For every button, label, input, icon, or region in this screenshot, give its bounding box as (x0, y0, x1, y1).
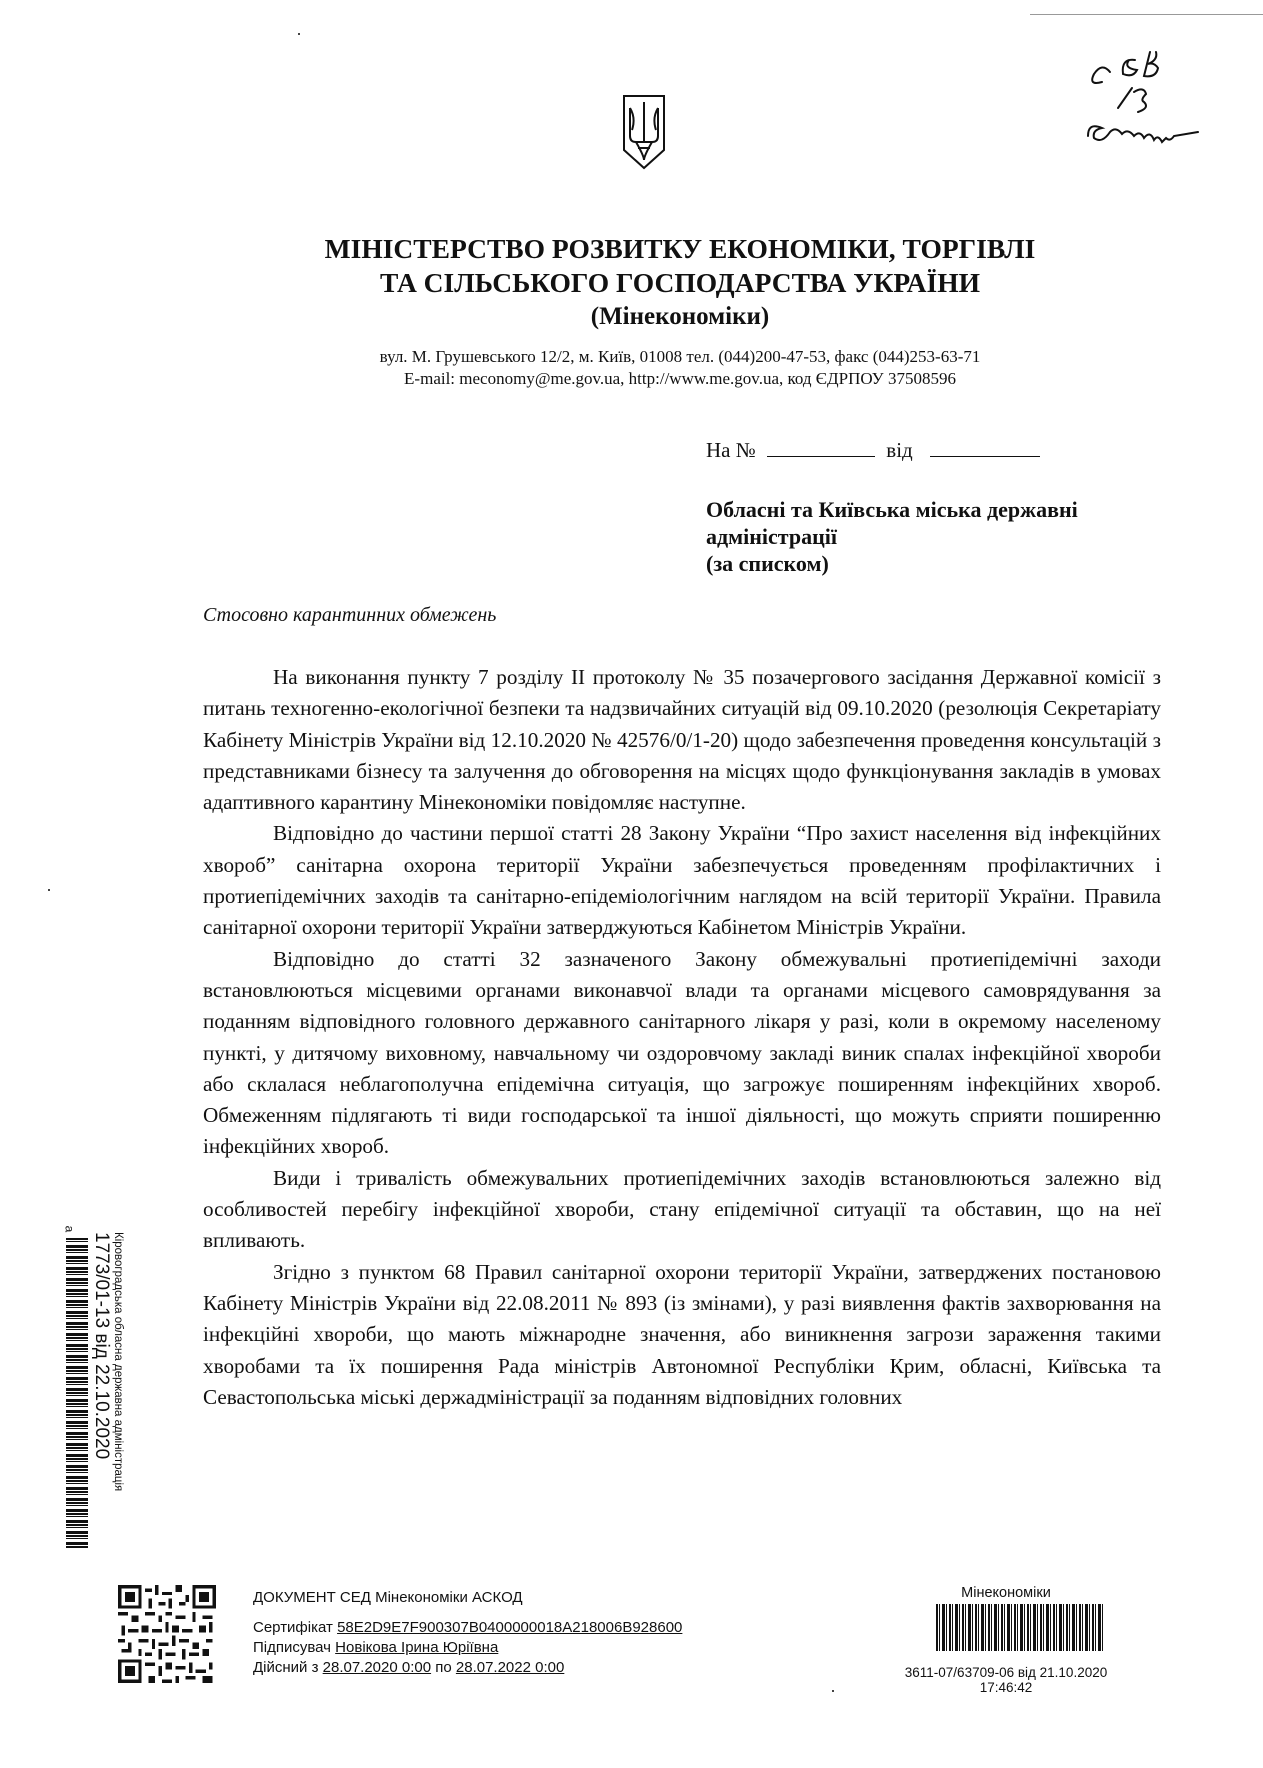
letter-body: На виконання пункту 7 розділу ІІ протоко… (203, 662, 1161, 1413)
electronic-signature-stamp: ДОКУМЕНТ СЕД Мінекономіки АСКОД Сертифік… (253, 1588, 682, 1678)
ministry-email-web: E-mail: meconomy@me.gov.ua, http://www.m… (300, 368, 1060, 390)
valid-from-value: 28.07.2020 0:00 (323, 1659, 431, 1676)
handwritten-resolution: СЕВ (1080, 30, 1230, 150)
ministry-name-line1: МІНІСТЕРСТВО РОЗВИТКУ ЕКОНОМІКИ, ТОРГІВЛ… (300, 232, 1060, 266)
scan-speck (48, 889, 50, 891)
validity-row: Дійсний з 28.07.2020 0:00 по 28.07.2022 … (253, 1658, 682, 1678)
incoming-registration-number: 1773/01-13 від 22.10.2020 (90, 1232, 112, 1491)
scan-edge-line (1030, 14, 1263, 15)
incoming-registration-stamp: Кіровоградська обласна державна адмініст… (90, 1232, 124, 1491)
incoming-organization: Кіровоградська обласна державна адмініст… (112, 1232, 124, 1491)
qr-code (118, 1585, 216, 1683)
reference-number-blank (767, 438, 875, 457)
reference-line: На № від (706, 438, 1040, 463)
scan-speck (832, 1690, 834, 1692)
scan-speck (298, 33, 300, 35)
signer-label: Підписувач (253, 1639, 331, 1656)
outgoing-organization: Мінекономіки (892, 1585, 1120, 1601)
ministry-address: вул. М. Грушевського 12/2, м. Київ, 0100… (300, 346, 1060, 368)
body-paragraph: Відповідно до частини першої статті 28 З… (203, 818, 1161, 943)
incoming-barcode (66, 1238, 88, 1548)
edoc-title: ДОКУМЕНТ СЕД Мінекономіки АСКОД (253, 1588, 682, 1608)
body-paragraph: Згідно з пунктом 68 Правил санітарної ох… (203, 1257, 1161, 1413)
incoming-stamp-marker: a (62, 1226, 76, 1233)
valid-to-label: по (435, 1659, 451, 1676)
reference-date-label: від (886, 438, 912, 462)
ukraine-trident-coat-of-arms-icon (620, 92, 668, 172)
signer-value: Новікова Ірина Юріївна (335, 1639, 498, 1656)
valid-to-value: 28.07.2022 0:00 (456, 1659, 564, 1676)
ministry-name-line2: ТА СІЛЬСЬКОГО ГОСПОДАРСТВА УКРАЇНИ (300, 266, 1060, 300)
body-paragraph: Види і тривалість обмежувальних протиепі… (203, 1163, 1161, 1257)
certificate-row: Сертифікат 58E2D9E7F900307B0400000018A21… (253, 1618, 682, 1638)
reference-number-label: На № (706, 438, 756, 462)
body-paragraph: Відповідно до статті 32 зазначеного Зако… (203, 944, 1161, 1163)
signer-row: Підписувач Новікова Ірина Юріївна (253, 1638, 682, 1658)
outgoing-registration-number: 3611-07/63709-06 від 21.10.2020 (892, 1665, 1120, 1680)
reference-date-blank (930, 438, 1040, 457)
outgoing-registration-time: 17:46:42 (892, 1680, 1120, 1695)
recipient-line3: (за списком) (706, 550, 1166, 577)
valid-from-label: Дійсний з (253, 1659, 318, 1676)
ministry-header: МІНІСТЕРСТВО РОЗВИТКУ ЕКОНОМІКИ, ТОРГІВЛ… (300, 232, 1060, 334)
recipient-block: Обласні та Київська міська державні адмі… (706, 496, 1166, 577)
certificate-label: Сертифікат (253, 1619, 333, 1636)
recipient-line2: адміністрації (706, 523, 1166, 550)
outgoing-registration-stamp: Мінекономіки 3611-07/63709-06 від 21.10.… (900, 1585, 1120, 1695)
body-paragraph: На виконання пункту 7 розділу ІІ протоко… (203, 662, 1161, 818)
svg-text:СЕВ: СЕВ (1080, 30, 1082, 31)
ministry-contacts: вул. М. Грушевського 12/2, м. Київ, 0100… (300, 346, 1060, 390)
ministry-short-name: (Мінекономіки) (300, 300, 1060, 334)
certificate-value: 58E2D9E7F900307B0400000018A218006B928600 (337, 1619, 682, 1636)
outgoing-barcode (936, 1604, 1104, 1651)
recipient-line1: Обласні та Київська міська державні (706, 496, 1166, 523)
letter-subject: Стосовно карантинних обмежень (203, 604, 496, 627)
